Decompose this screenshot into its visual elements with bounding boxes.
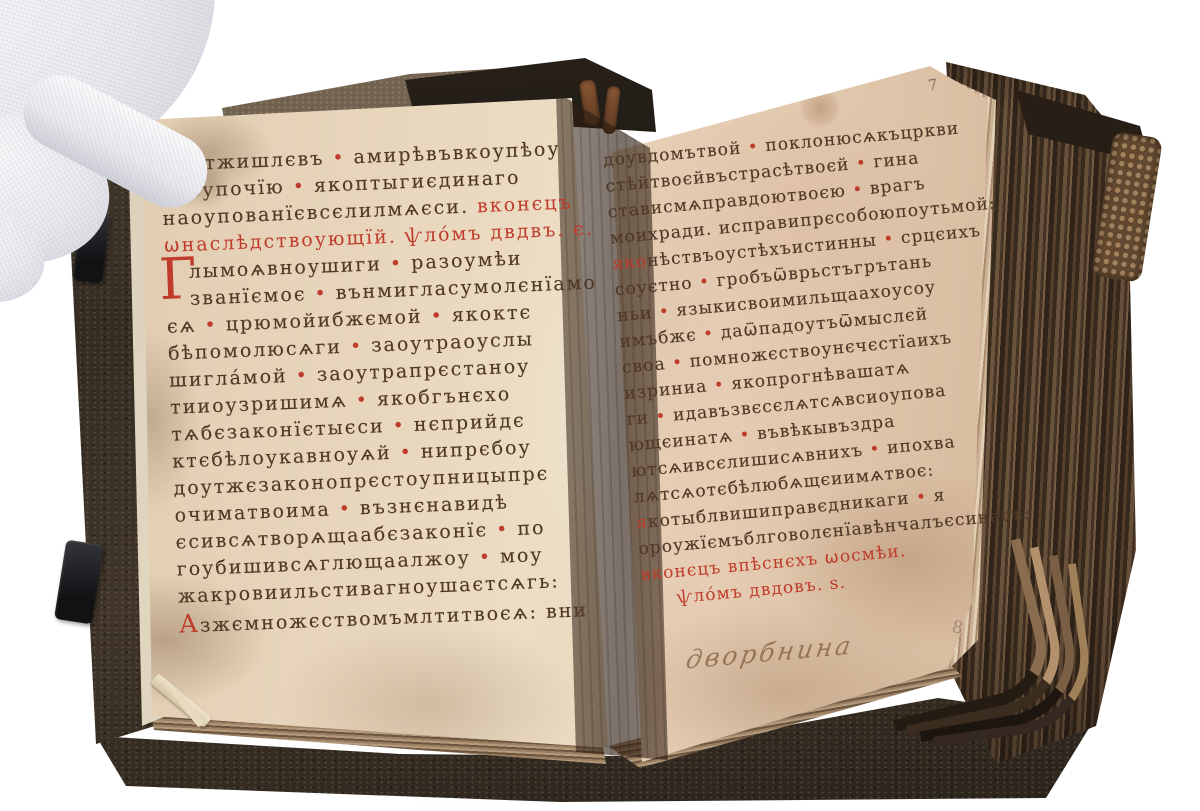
rubric-text: А	[178, 609, 200, 639]
ink-text: званїємоє	[189, 283, 306, 310]
ink-text: нєприйдє	[413, 410, 526, 436]
rubric-text: •	[391, 441, 421, 464]
ink-text: възнєнавидѣ	[360, 491, 510, 519]
rubric-text: •	[732, 424, 758, 446]
ink-text: амирѣвъвкоупѣоу	[353, 138, 561, 168]
ink-text: єѧ	[167, 315, 197, 338]
ink-text: своа	[621, 354, 667, 378]
rubric-text: •	[665, 352, 691, 374]
rubric-text: •	[330, 497, 360, 520]
rubric-text: •	[648, 406, 674, 428]
rubric-text: •	[422, 304, 452, 327]
rubric-text: вконєцъ	[477, 191, 573, 217]
left-page-text-block: Г мнстжишлєвъ • амирѣвъвкоупѣоусноупочїю…	[160, 135, 609, 638]
rubric-text: •	[706, 374, 732, 396]
rubric-text: •	[384, 414, 414, 437]
ink-text: ипохва	[886, 432, 956, 458]
ink-text: шигла́мой	[169, 365, 288, 392]
ink-text: разоумѣи	[411, 248, 523, 274]
ink-text: моу	[500, 544, 544, 568]
rubric-text: •	[341, 335, 371, 358]
ink-text: врагъ	[869, 174, 926, 199]
ink-text: имъбжє	[619, 325, 698, 352]
rubric-text: •	[696, 323, 722, 345]
ink-text: бѣпомолюсѧги	[168, 336, 343, 365]
rubric-text: •	[845, 179, 871, 201]
rubric-text: •	[381, 252, 411, 275]
rubric-text: •	[692, 271, 718, 293]
ink-text: очиматвоима	[174, 498, 331, 526]
ink-text: по	[517, 517, 546, 540]
rubric-text: •	[347, 388, 377, 411]
rubric-text: •	[651, 301, 677, 323]
rubric-text: •	[862, 438, 888, 460]
rubric-text: •	[849, 152, 875, 174]
ink-text: заоутраоуслы	[371, 328, 535, 357]
ink-text: срцєихъ	[900, 221, 982, 248]
folio-number-pencil: 7	[927, 75, 939, 94]
ink-text: якоктє	[451, 301, 532, 326]
ink-text: ньи	[616, 303, 653, 326]
rubric-text: яко	[612, 251, 649, 274]
ink-text: гина	[873, 148, 921, 172]
ink-text: якобгънєхо	[377, 383, 512, 410]
rubric-text: •	[287, 364, 317, 387]
rubric-text: •	[306, 282, 336, 305]
rubric-text: •	[740, 136, 766, 158]
rubric-text: •	[909, 486, 935, 508]
rubric-text: •	[876, 228, 902, 250]
rubric-text: •	[284, 175, 314, 198]
rubric-text: •	[488, 518, 518, 541]
ink-text: я	[933, 485, 947, 506]
rubric-text: •	[196, 314, 226, 337]
ink-text: тииоузришимѧ	[170, 390, 348, 419]
right-page-text-block: доувдомътвой • поклонюсѧкъцрквистѣйтвоєй…	[602, 115, 1003, 614]
ink-text: нипрєбоу	[420, 436, 532, 462]
rubric-drop-cap: Г	[158, 251, 198, 309]
rubric-text: •	[324, 146, 354, 169]
photo-antique-manuscript: Г мнстжишлєвъ • амирѣвъвкоупѣоусноупочїю…	[0, 0, 1200, 811]
ink-text: ги	[626, 408, 650, 430]
rubric-text: •	[470, 546, 500, 569]
